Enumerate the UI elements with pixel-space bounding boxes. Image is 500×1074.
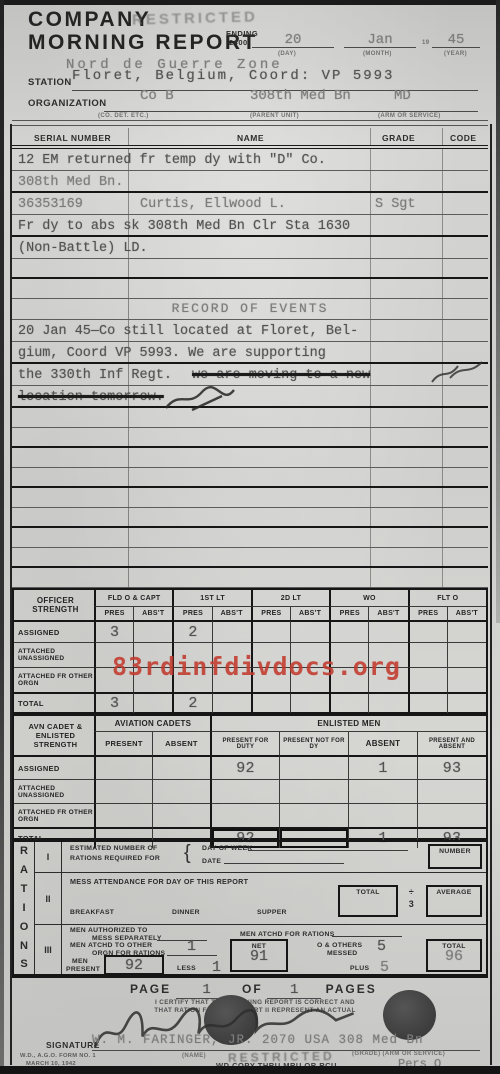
atchd-other-label-1: MEN ATCHD TO OTHER bbox=[70, 942, 152, 949]
officer-cell bbox=[447, 692, 486, 713]
group-1st-lt: 1ST LT bbox=[172, 590, 250, 606]
officer-row-label: TOTAL bbox=[14, 692, 94, 713]
org-parent-sublabel: (PARENT UNIT) bbox=[250, 113, 299, 119]
officer-cell: 3 bbox=[94, 620, 133, 642]
subhdr: ABS'T bbox=[133, 606, 172, 620]
enlisted-row-label: ATTACHED FR OTHER ORGN bbox=[14, 803, 94, 827]
date-day-field: 20 bbox=[252, 30, 334, 48]
enlisted-strength-title: AVN CADET & ENLISTED STRENGTH bbox=[14, 716, 94, 755]
number-box-label: NUMBER bbox=[430, 848, 480, 855]
less-label: LESS bbox=[177, 965, 196, 972]
blank-row bbox=[12, 468, 488, 488]
events-text-1: 20 Jan 45—Co still located at Floret, Be… bbox=[18, 322, 358, 342]
roster-line: 308th Med Bn. bbox=[12, 171, 488, 193]
section-1-numeral: I bbox=[35, 842, 62, 872]
blank-row bbox=[12, 568, 488, 588]
officer-cell bbox=[290, 692, 329, 713]
average-box: AVERAGE bbox=[426, 885, 482, 917]
officer-cell: 3 bbox=[94, 692, 133, 713]
enlisted-cell bbox=[152, 779, 210, 803]
rations-letter: S bbox=[20, 958, 27, 970]
officer-cell bbox=[408, 642, 447, 667]
mess-separately-line bbox=[157, 932, 207, 941]
officer-strength-title: OFFICER STRENGTH bbox=[14, 590, 94, 620]
men-atchd-rations-line bbox=[332, 928, 402, 937]
enlisted-cell: 93 bbox=[417, 755, 486, 779]
year-preprint: 19 bbox=[422, 40, 429, 46]
estimated-rations-label-1: ESTIMATED NUMBER OF bbox=[70, 845, 158, 852]
roster-remark-1: 12 EM returned fr temp dy with "D" Co. bbox=[18, 151, 326, 171]
events-heading-row: RECORD OF EVENTS bbox=[12, 299, 488, 320]
roster-entry-row: 36353169 Curtis, Ellwood L. S Sgt bbox=[12, 193, 488, 215]
others-messed-value: 5 bbox=[377, 938, 386, 955]
roster-line: Fr dy to abs sk 308th Med Bn Clr Sta 163… bbox=[12, 215, 488, 237]
breakfast-label: BREAKFAST bbox=[70, 909, 114, 916]
officer-total-fldo-pres: 3 bbox=[110, 695, 119, 712]
plus-value: 5 bbox=[380, 959, 389, 976]
enlisted-cell bbox=[210, 803, 279, 827]
enlisted-cell bbox=[348, 803, 417, 827]
roster-header-row: SERIAL NUMBER NAME GRADE CODE bbox=[12, 128, 488, 149]
officer-cell bbox=[251, 620, 290, 642]
roster-line: 12 EM returned fr temp dy with "D" Co. bbox=[12, 149, 488, 171]
dinner-label: DINNER bbox=[172, 909, 200, 916]
pages-total: 1 bbox=[290, 982, 298, 998]
events-line: 20 Jan 45—Co still located at Floret, Be… bbox=[12, 320, 488, 342]
officer-cell bbox=[408, 620, 447, 642]
rations-vertical-label: R A T I O N S bbox=[14, 842, 35, 974]
enlisted-cell bbox=[152, 755, 210, 779]
org-unit-value: Co B bbox=[140, 88, 174, 104]
record-of-events-heading: RECORD OF EVENTS bbox=[172, 301, 329, 316]
officer-cell bbox=[368, 620, 407, 642]
officer-cell bbox=[251, 692, 290, 713]
rations-total-box: TOTAL 96 bbox=[426, 939, 482, 972]
divide-sign: ÷ bbox=[409, 887, 414, 897]
enlisted-cell bbox=[152, 803, 210, 827]
entry-serial: 36353169 bbox=[18, 195, 83, 215]
blank-row bbox=[12, 428, 488, 448]
rations-total-value: 96 bbox=[428, 948, 480, 965]
enlisted-strength-table: AVN CADET & ENLISTED STRENGTH AVIATION C… bbox=[12, 714, 488, 840]
entry-grade: S Sgt bbox=[375, 195, 416, 215]
group-aviation-cadets: AVIATION CADETS bbox=[94, 716, 210, 731]
org-arm-value: MD bbox=[394, 88, 411, 104]
blank-row bbox=[12, 528, 488, 548]
enlisted-cell bbox=[417, 779, 486, 803]
events-line: gium, Coord VP 5993. We are supporting bbox=[12, 342, 488, 364]
plus-label: PLUS bbox=[350, 965, 369, 972]
ending-2400: 2400 bbox=[229, 38, 248, 47]
scan-edge-left bbox=[0, 0, 4, 1074]
events-text-3: the 330th Inf Regt. bbox=[18, 366, 172, 386]
estimated-rations-label-2: RATIONS REQUIRED FOR bbox=[70, 855, 160, 862]
site-watermark: 83rdinfdivdocs.org bbox=[112, 652, 401, 681]
assigned-present-for-duty: 92 bbox=[236, 760, 255, 777]
total-box-label: TOTAL bbox=[340, 889, 396, 896]
atchd-other-line bbox=[167, 947, 217, 956]
scan-edge-right bbox=[496, 0, 500, 623]
group-2d-lt: 2D LT bbox=[251, 590, 329, 606]
mess-attendance-label: MESS ATTENDANCE FOR DAY OF THIS REPORT bbox=[70, 877, 248, 886]
footer-divider bbox=[12, 976, 488, 978]
enlisted-cell bbox=[279, 755, 348, 779]
subhdr: ABS'T bbox=[290, 606, 329, 620]
rations-section-1: I ESTIMATED NUMBER OF RATIONS REQUIRED F… bbox=[35, 842, 486, 872]
officer-cell bbox=[447, 642, 486, 667]
divide-three: 3 bbox=[409, 899, 414, 909]
blank-row bbox=[12, 548, 488, 568]
header-divider bbox=[12, 120, 488, 126]
roster-remark-2: 308th Med Bn. bbox=[18, 173, 123, 193]
date-month-value: Jan bbox=[367, 32, 392, 48]
morning-report-scan: COMPANY MORNING REPORT RESTRICTED ENDING… bbox=[0, 0, 500, 1074]
col-present-for-duty: PRESENT FOR DUTY bbox=[210, 731, 279, 755]
enlisted-cell bbox=[210, 779, 279, 803]
pages-total-field: 1 bbox=[267, 980, 321, 999]
officer-cell bbox=[408, 692, 447, 713]
form-number-line-1: W.D., A.G.O. FORM NO. 1 bbox=[20, 1053, 96, 1059]
officer-cell bbox=[212, 692, 251, 713]
roster-remark-4: (Non-Battle) LD. bbox=[18, 239, 148, 259]
officer-strength-table: OFFICER STRENGTH FLD O & CAPT 1ST LT 2D … bbox=[12, 588, 488, 714]
officer-cell bbox=[290, 620, 329, 642]
signed-name: W. M. FARINGER, JR. 2070 USA 308 Med Bn bbox=[92, 1033, 424, 1047]
date-day-value: 20 bbox=[285, 32, 302, 48]
subhdr: PRES bbox=[329, 606, 368, 620]
rations-letter: T bbox=[21, 883, 28, 895]
blank-row bbox=[12, 279, 488, 299]
enlisted-row-label: ATTACHED UNASSIGNED bbox=[14, 779, 94, 803]
restricted-stamp-top: RESTRICTED bbox=[132, 8, 258, 28]
station-label: STATION bbox=[28, 77, 72, 88]
assigned-present-and-absent: 93 bbox=[443, 760, 462, 777]
rations-letter: N bbox=[20, 940, 28, 952]
officer-cell bbox=[133, 620, 172, 642]
of-label: OF bbox=[242, 982, 263, 996]
average-box-label: AVERAGE bbox=[428, 889, 480, 896]
officer-cell bbox=[329, 620, 368, 642]
organization-field: Co B 308th Med Bn MD bbox=[104, 88, 478, 112]
subhdr: PRES bbox=[172, 606, 211, 620]
section-3-numeral: III bbox=[35, 925, 62, 974]
col-serial-number: SERIAL NUMBER bbox=[34, 133, 111, 143]
supper-label: SUPPER bbox=[257, 909, 287, 916]
events-text-4-struck: location tomorrow. bbox=[18, 388, 164, 408]
officer-cell: 2 bbox=[172, 692, 211, 713]
date-year-value: 45 bbox=[448, 32, 465, 48]
blank-row bbox=[12, 488, 488, 508]
events-line: location tomorrow. bbox=[12, 386, 488, 408]
men-present-value: 92 bbox=[125, 957, 143, 974]
officer-cell bbox=[368, 692, 407, 713]
scan-edge-bottom bbox=[0, 1066, 500, 1074]
enlisted-cell bbox=[348, 779, 417, 803]
net-value: 91 bbox=[232, 948, 286, 965]
group-wo: WO bbox=[329, 590, 407, 606]
officer-cell: 2 bbox=[172, 620, 211, 642]
rations-section: R A T I O N S I ESTIMATED NUMBER OF RATI… bbox=[12, 840, 488, 976]
men-present-label-2: PRESENT bbox=[66, 966, 100, 973]
col-cadets-absent: ABSENT bbox=[152, 731, 210, 755]
others-messed-label-2: MESSED bbox=[327, 950, 358, 957]
enlisted-cell bbox=[94, 755, 152, 779]
col-present-not-for-dy: PRESENT NOT FOR DY bbox=[279, 731, 348, 755]
officer-row-label: ATTACHED FR OTHER ORGN bbox=[14, 667, 94, 692]
org-arm-sublabel: (ARM OR SERVICE) bbox=[378, 113, 441, 119]
officer-total-1lt-pres: 2 bbox=[188, 695, 197, 712]
name-sublabel: (NAME) bbox=[182, 1053, 206, 1059]
org-unit-sublabel: (CO. DET. ETC.) bbox=[98, 113, 149, 119]
handwritten-mark-icon bbox=[428, 358, 488, 388]
col-absent: ABSENT bbox=[348, 731, 417, 755]
date-line bbox=[224, 855, 344, 864]
subhdr: ABS'T bbox=[212, 606, 251, 620]
group-enlisted-men: ENLISTED MEN bbox=[210, 716, 486, 731]
month-sublabel: (MONTH) bbox=[363, 51, 392, 57]
page-number: 1 bbox=[202, 982, 210, 998]
enlisted-cell bbox=[94, 779, 152, 803]
net-box: NET 91 bbox=[230, 939, 288, 972]
col-cadets-present: PRESENT bbox=[94, 731, 152, 755]
day-of-week-line bbox=[248, 842, 408, 851]
men-present-label-1: MEN bbox=[72, 958, 88, 965]
subhdr: PRES bbox=[408, 606, 447, 620]
number-box: NUMBER bbox=[428, 844, 482, 869]
date-month-field: Jan bbox=[344, 30, 416, 48]
rations-letter: R bbox=[20, 845, 28, 857]
entry-name: Curtis, Ellwood L. bbox=[140, 195, 286, 215]
pages-label: PAGES bbox=[326, 982, 377, 996]
brace-glyph: { bbox=[184, 842, 191, 865]
roster-remark-3: Fr dy to abs sk 308th Med Bn Clr Sta 163… bbox=[18, 217, 350, 237]
enlisted-cell: 1 bbox=[348, 755, 417, 779]
scan-edge-top bbox=[0, 0, 500, 5]
enlisted-cell bbox=[279, 779, 348, 803]
rations-letter: A bbox=[20, 864, 28, 876]
blank-row bbox=[12, 508, 488, 528]
form-title-line2: MORNING REPORT bbox=[28, 31, 258, 55]
rations-section-3: III MEN AUTHORIZED TO MESS SEPARATELY ME… bbox=[35, 924, 486, 974]
section-2-numeral: II bbox=[35, 873, 62, 924]
org-parent-value: 308th Med Bn bbox=[250, 88, 351, 104]
officer-cell bbox=[408, 667, 447, 692]
blank-row bbox=[12, 259, 488, 279]
col-grade: GRADE bbox=[382, 133, 415, 143]
date-label: DATE bbox=[202, 858, 221, 865]
men-authorized-label-2: MESS SEPARATELY bbox=[92, 935, 162, 942]
others-messed-label-1: O & OTHERS bbox=[317, 942, 362, 949]
officer-row-label: ATTACHED UNASSIGNED bbox=[14, 642, 94, 667]
enlisted-row-label: ASSIGNED bbox=[14, 755, 94, 779]
total-box: TOTAL bbox=[338, 885, 398, 917]
subhdr: ABS'T bbox=[368, 606, 407, 620]
enlisted-cell: 92 bbox=[210, 755, 279, 779]
signature-field: W. M. FARINGER, JR. 2070 USA 308 Med Bn bbox=[92, 1030, 480, 1051]
men-atchd-rations-label: MEN ATCHD FOR RATIONS bbox=[240, 931, 335, 938]
officer-cell bbox=[133, 692, 172, 713]
col-name: NAME bbox=[237, 133, 264, 143]
officer-assigned-1lt-pres: 2 bbox=[188, 624, 197, 641]
officer-cell bbox=[329, 692, 368, 713]
date-year-field: 45 bbox=[432, 30, 480, 48]
organization-label: ORGANIZATION bbox=[28, 98, 107, 109]
day-of-week-label: DAY OF WEEK bbox=[202, 845, 253, 852]
rations-letter: O bbox=[20, 921, 29, 933]
group-flt-o: FLT O bbox=[408, 590, 486, 606]
enlisted-cell bbox=[94, 803, 152, 827]
enlisted-cell bbox=[417, 803, 486, 827]
assigned-absent: 1 bbox=[378, 760, 387, 777]
officer-cell bbox=[447, 667, 486, 692]
roster-events-area: SERIAL NUMBER NAME GRADE CODE 12 EM retu… bbox=[12, 128, 488, 588]
col-code: CODE bbox=[450, 133, 477, 143]
officer-cell bbox=[212, 620, 251, 642]
station-value: Floret, Belgium, Coord: VP 5993 bbox=[72, 68, 394, 84]
col-present-and-absent: PRESENT AND ABSENT bbox=[417, 731, 486, 755]
officer-row-label: ASSIGNED bbox=[14, 620, 94, 642]
men-authorized-label-1: MEN AUTHORIZED TO bbox=[70, 927, 148, 934]
officer-cell bbox=[447, 620, 486, 642]
page-row: PAGE 1 OF 1 PAGES bbox=[130, 980, 410, 998]
events-text-2: gium, Coord VP 5993. We are supporting bbox=[18, 344, 326, 364]
blank-row bbox=[12, 448, 488, 468]
page-label: PAGE bbox=[130, 982, 171, 996]
subhdr: ABS'T bbox=[447, 606, 486, 620]
subhdr: PRES bbox=[94, 606, 133, 620]
subhdr: PRES bbox=[251, 606, 290, 620]
group-fldo-capt: FLD O & CAPT bbox=[94, 590, 172, 606]
rations-letter: I bbox=[22, 902, 25, 914]
year-sublabel: (YEAR) bbox=[444, 51, 467, 57]
officer-assigned-fldo-pres: 3 bbox=[110, 624, 119, 641]
enlisted-cell bbox=[279, 803, 348, 827]
blank-row bbox=[12, 408, 488, 428]
rations-section-2: II MESS ATTENDANCE FOR DAY OF THIS REPOR… bbox=[35, 872, 486, 924]
men-present-box: 92 bbox=[104, 955, 164, 975]
roster-line: (Non-Battle) LD. bbox=[12, 237, 488, 259]
